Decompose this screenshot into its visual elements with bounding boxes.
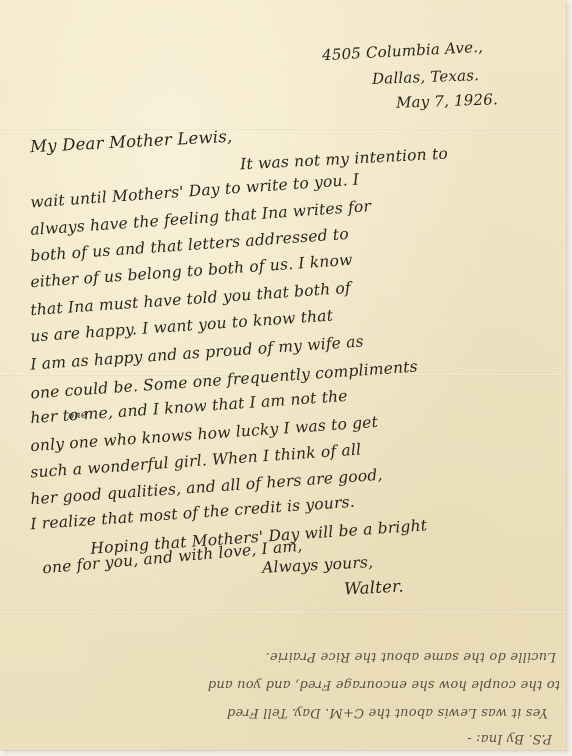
letter-paper: 4505 Columbia Ave., Dallas, Texas. May 7…	[0, 0, 566, 750]
postscript-line: Yes it was Lewis about the C+M. Day. Tel…	[227, 705, 548, 720]
address-street: 4505 Columbia Ave.,	[322, 38, 484, 64]
postscript-line: to the couple how she encourage Fred, an…	[208, 677, 560, 692]
body-line: It was not my intention to	[240, 145, 449, 174]
insertion-mark: one	[68, 409, 88, 421]
postscript-line: P.S. By Ina: -	[467, 731, 552, 746]
paper-fold-line	[0, 612, 566, 614]
paper-fold-line	[0, 128, 566, 130]
signature: Walter.	[344, 576, 405, 598]
salutation: My Dear Mother Lewis,	[30, 127, 233, 157]
address-city: Dallas, Texas.	[372, 66, 480, 88]
letter-date: May 7, 1926.	[396, 90, 499, 112]
postscript-upside-down: P.S. By Ina: - Yes it was Lewis about th…	[40, 620, 560, 750]
postscript-line: Lucille do the same about the Rice Prair…	[265, 649, 556, 664]
